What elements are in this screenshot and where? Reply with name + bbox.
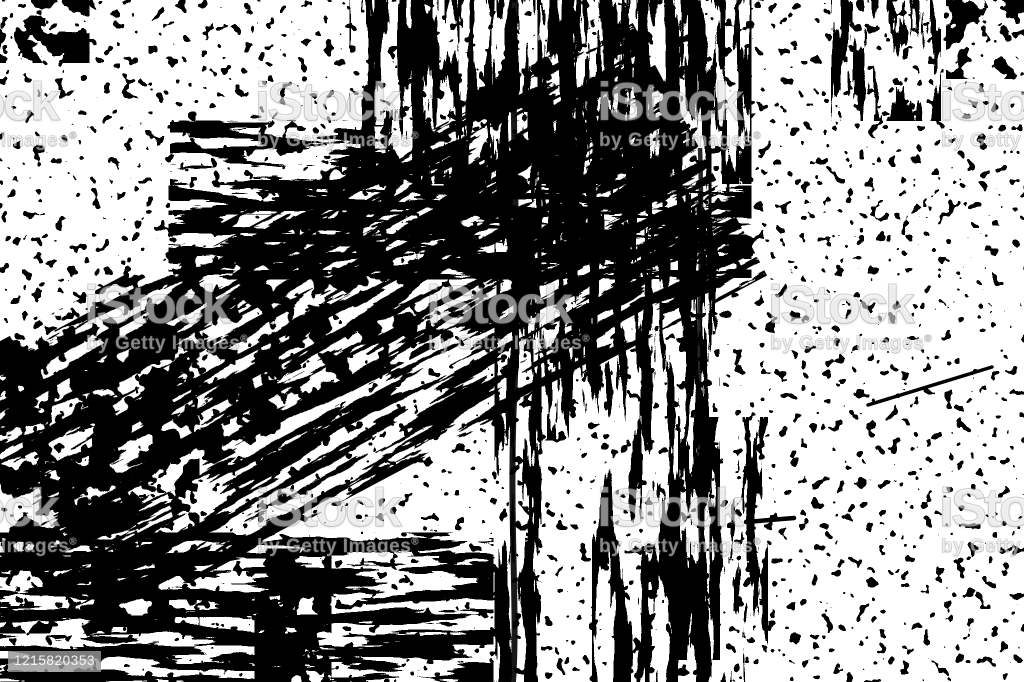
stock-image-preview: iStock by Getty Images® iStock by Getty …	[0, 0, 1024, 682]
grunge-texture	[0, 0, 1024, 682]
stock-photo-id-badge: 1215820353	[8, 651, 101, 672]
